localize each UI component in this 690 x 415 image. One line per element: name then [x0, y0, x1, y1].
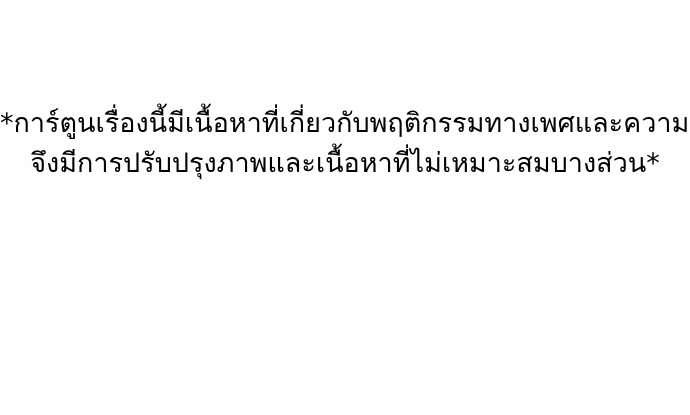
content-warning-text: *การ์ตูนเรื่องนี้มีเนื้อหาที่เกี่ยวกับพฤ… [0, 104, 690, 184]
disclaimer-page: *การ์ตูนเรื่องนี้มีเนื้อหาที่เกี่ยวกับพฤ… [0, 0, 690, 415]
content-warning-line-1: *การ์ตูนเรื่องนี้มีเนื้อหาที่เกี่ยวกับพฤ… [0, 104, 690, 144]
content-warning-line-2: จึงมีการปรับปรุงภาพและเนื้อหาที่ไม่เหมาะ… [0, 144, 690, 184]
